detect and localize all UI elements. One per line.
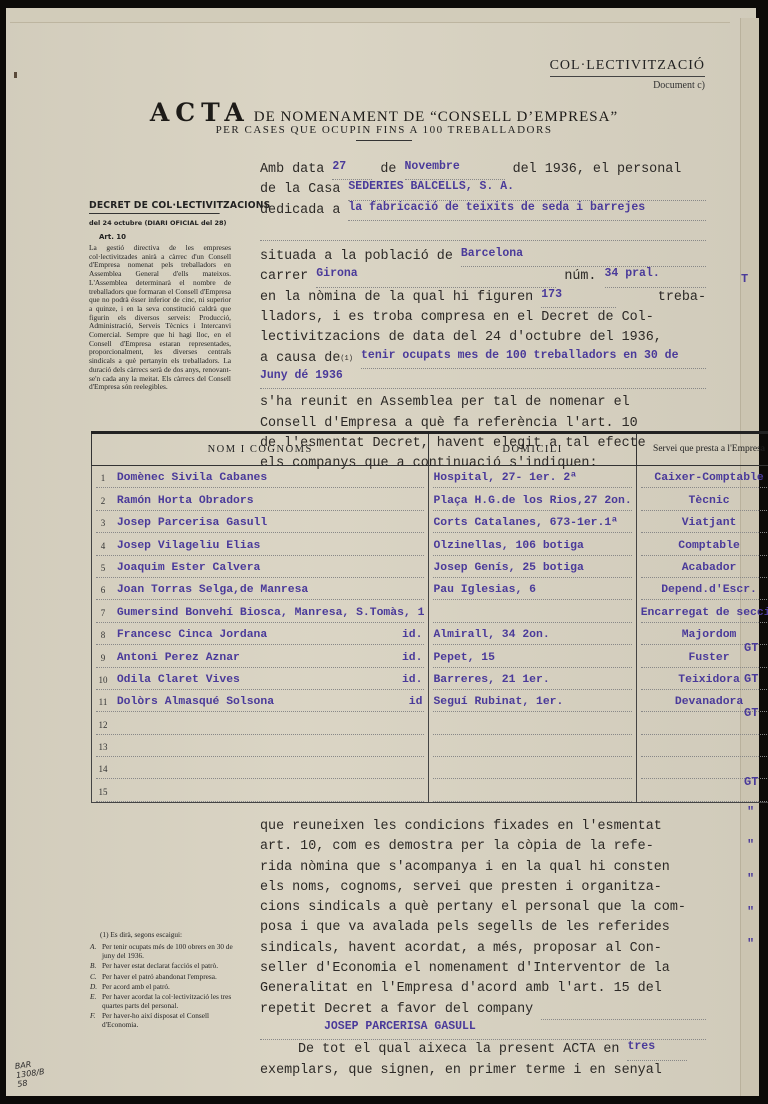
member-address [433,738,631,757]
divider [356,140,412,141]
text: s'ha reunit en Assemblea per tal de nome… [260,393,706,413]
council-members-table: NOM I COGNOMS DOMICILI Servei que presta… [91,431,768,803]
member-name: Ramón Horta Obradors [117,495,254,507]
service-cell[interactable]: Acabador [636,556,768,578]
title-acta: ACTA [150,98,250,127]
copies-field[interactable]: tres [627,1040,687,1060]
text: dedicada a [260,201,340,221]
member-name: Joan Torras Selga,de Manresa [117,584,308,596]
table-row: 2 Ramón Horta ObradorsPlaça H.G.de los R… [92,488,768,510]
member-address: Pepet, 15 [433,649,631,668]
text: situada a la població de [260,247,453,267]
member-name: Antoni Perez Aznar [117,652,240,664]
text: que reuneixen les condicions fixades en … [260,817,706,837]
address-cell[interactable]: Pau Iglesias, 6 [429,578,636,600]
address-cell[interactable] [429,735,636,757]
row-number: 2 [96,492,110,510]
name-cell[interactable]: 11 Dolòrs Almasqué Solsonaid [92,690,429,712]
service-cell[interactable]: Viatjant [636,511,768,533]
cause-field-continued[interactable]: Juny dé 1936 [260,369,706,389]
member-name: Dolòrs Almasqué Solsona [117,696,274,708]
footnote-text: Per acord amb el patró. [102,983,170,991]
service-cell[interactable]: Encarregat de secció [636,600,768,622]
decree-article: Art. 10 [99,233,231,241]
page-title: ACTA DE NOMENAMENT DE “CONSELL D’EMPRESA… [0,98,768,127]
blank-line [260,221,706,241]
row-number: 7 [96,604,110,622]
table-row: 12 [92,712,768,734]
decree-heading: DECRET DE COL·LECTIVITZACIONS [89,200,220,214]
margin-note: GT [744,775,758,789]
form-conclusion: que reuneixen les condicions fixades en … [260,817,706,1081]
member-service: Encarregat de secció [641,604,768,623]
name-cell[interactable]: 15 [92,779,429,802]
name-cell[interactable]: 1 Domènec Sivila Cabanes [92,466,429,489]
text: repetit Decret a favor del company [260,1000,533,1020]
text: seller d'Economia el nomenament d'Interv… [260,959,706,979]
member-address: Seguí Rubinat, 1er. [433,693,631,712]
member-address: Pau Iglesias, 6 [433,581,631,600]
margin-note: " [747,905,754,919]
footnotes: (1) Es dirà, segons escaigui: A.Per teni… [90,931,238,1031]
member-service: Depend.d'Escr. [641,581,768,600]
member-service: Acabador [641,559,768,578]
table-row: 1 Domènec Sivila CabanesHospital, 27- 1e… [92,466,768,489]
member-address: Corts Catalanes, 673-1er.1ª [433,514,631,533]
table-row: 5 Joaquim Ester CalveraJosep Genís, 25 b… [92,556,768,578]
name-cell[interactable]: 9 Antoni Perez Aznarid. [92,645,429,667]
footnote-key: B. [90,962,102,970]
service-cell[interactable] [636,735,768,757]
name-cell[interactable]: 14 [92,757,429,779]
margin-note: GT [744,706,758,720]
address-cell[interactable] [429,600,636,622]
table-row: 6 Joan Torras Selga,de ManresaPau Iglesi… [92,578,768,600]
name-cell[interactable]: 13 [92,735,429,757]
member-address: Olzinellas, 106 botiga [433,537,631,556]
member-address: Almirall, 34 2on. [433,626,631,645]
address-cell[interactable]: Olzinellas, 106 botiga [429,533,636,555]
margin-note: " [747,937,754,951]
footnote-ref: (1) [340,349,353,369]
name-cell[interactable]: 10 Odila Claret Vivesid. [92,668,429,690]
member-address: Josep Genís, 25 botiga [433,559,631,578]
name-cell[interactable]: 12 [92,712,429,734]
collection-label: COL·LECTIVITZACIÓ [550,58,705,77]
address-cell[interactable]: Seguí Rubinat, 1er. [429,690,636,712]
footnote-key: E. [90,993,102,1010]
row-number: 1 [96,469,110,487]
address-cell[interactable]: Hospital, 27- 1er. 2ª [429,466,636,489]
date-day-field[interactable]: 27 [332,160,372,180]
idem-mark: id. [402,626,423,644]
service-cell[interactable]: Comptable [636,533,768,555]
text: a causa de [260,349,340,369]
row-number: 11 [96,693,110,711]
service-cell[interactable]: Caixer-Comptable [636,466,768,489]
page-subtitle: PER CASES QUE OCUPIN FINS A 100 TREBALLA… [0,124,768,136]
address-cell[interactable] [429,779,636,802]
text: de la Casa [260,180,340,200]
name-cell[interactable]: 6 Joan Torras Selga,de Manresa [92,578,429,600]
member-name: Josep Vilageliu Elias [117,540,261,552]
member-address [433,783,631,802]
text: De tot el qual aixeca la present ACTA en [260,1040,619,1060]
table-row: 13 [92,735,768,757]
member-name: Domènec Sivila Cabanes [117,472,267,484]
company-field[interactable]: SEDERIES BALCELLS, S. A. [348,180,706,200]
address-cell[interactable]: Pepet, 15 [429,645,636,667]
table-row: 15 [92,779,768,802]
member-name: Joaquim Ester Calvera [117,562,261,574]
decree-text: La gestió directiva de les empreses col·… [89,244,231,392]
town-field[interactable]: Barcelona [461,247,706,267]
text: en la nòmina de la qual hi figuren [260,288,533,308]
blank-field [541,1000,706,1020]
footnote-key: F. [90,1012,102,1029]
table-row: 7 Gumersind Bonvehí Biosca, Manresa, S.T… [92,600,768,622]
service-cell[interactable]: Tècnic [636,488,768,510]
member-service: Caixer-Comptable [641,469,768,488]
margin-note: " [747,872,754,886]
footnote-text: Per haver el patró abandonat l'empresa. [102,973,217,981]
text: posa i que va avalada pels segells de le… [260,918,706,938]
member-address [433,604,631,623]
address-cell[interactable]: Almirall, 34 2on. [429,623,636,645]
title-rest: DE NOMENAMENT DE “CONSELL D’EMPRESA” [254,109,618,125]
name-cell[interactable]: 4 Josep Vilageliu Elias [92,533,429,555]
archive-reference: BAR 1308/B 58 [14,1058,46,1089]
text: rida nòmina que s'acompanya i en la qual… [260,858,706,878]
table-row: 4 Josep Vilageliu EliasOlzinellas, 106 b… [92,533,768,555]
row-number: 8 [96,626,110,644]
name-cell[interactable]: 7 Gumersind Bonvehí Biosca, Manresa, S.T… [92,600,429,622]
text: núm. [564,267,596,287]
table-row: 8 Francesc Cinca Jordanaid.Almirall, 34 … [92,623,768,645]
row-number: 14 [96,760,110,778]
address-cell[interactable] [429,757,636,779]
idem-mark: id. [402,649,423,667]
date-month-field[interactable]: Novembre [405,160,505,180]
page-fold [10,8,730,23]
member-name: Odila Claret Vives [117,674,240,686]
member-service: Tècnic [641,492,768,511]
text: sindicals, havent acordat, a més, propos… [260,939,706,959]
row-number: 9 [96,649,110,667]
margin-note: GT [744,641,758,655]
footnote-heading: (1) Es dirà, segons escaigui: [100,931,238,939]
footnote-key: A. [90,943,102,960]
member-address [433,760,631,779]
address-cell[interactable]: Barreres, 21 1er. [429,668,636,690]
text: exemplars, que signen, en primer terme i… [260,1061,706,1081]
row-number: 6 [96,581,110,599]
text: Generalitat en l'Empresa d'acord amb l'a… [260,979,706,999]
footnote-key: D. [90,983,102,991]
name-cell[interactable]: 8 Francesc Cinca Jordanaid. [92,623,429,645]
row-number: 12 [96,716,110,734]
table-row: 3 Josep Parcerisa GasullCorts Catalanes,… [92,511,768,533]
row-number: 10 [96,671,110,689]
member-address [433,716,631,735]
text: treba- [658,288,706,308]
margin-note: GT [744,672,758,686]
street-field[interactable]: Girona [316,267,556,287]
name-cell[interactable]: 3 Josep Parcerisa Gasull [92,511,429,533]
row-number: 3 [96,514,110,532]
name-cell[interactable]: 5 Joaquim Ester Calvera [92,556,429,578]
header-service: Servei que presta a l'Empresa [636,433,768,466]
address-cell[interactable]: Corts Catalanes, 673-1er.1ª [429,511,636,533]
text: de [380,160,396,180]
decree-date: del 24 octubre (DIARI OFICIAL del 28) [89,219,231,227]
text: Amb data [260,160,324,180]
text: art. 10, com es demostra per la còpia de… [260,837,706,857]
footnote-item: A.Per tenir ocupats més de 100 obrers en… [90,943,238,960]
member-service: Comptable [641,537,768,556]
footnote-item: F.Per haver-ho així disposat el Consell … [90,1012,238,1029]
table-row: 9 Antoni Perez Aznarid.Pepet, 15FusterU.… [92,645,768,667]
member-name: Gumersind Bonvehí Biosca, Manresa, S.Tom… [117,607,425,619]
address-cell[interactable]: Josep Genís, 25 botiga [429,556,636,578]
footnote-text: Per haver estat declarat facciós el patr… [102,962,218,970]
footnote-text: Per haver acordat la col·lectivització l… [102,993,238,1010]
table-row: 14 [92,757,768,779]
footnote-item: E.Per haver acordat la col·lectivització… [90,993,238,1010]
street-number-field[interactable]: 34 pral. [605,267,706,287]
text: lladors, i es troba compresa en el Decre… [260,308,706,328]
address-cell[interactable] [429,712,636,734]
member-service [641,738,768,757]
member-name: Francesc Cinca Jordana [117,629,267,641]
member-address: Plaça H.G.de los Rios,27 2on. [433,492,631,511]
decree-sidebar: DECRET DE COL·LECTIVITZACIONS del 24 oct… [89,200,231,392]
margin-mark [14,72,17,78]
margin-note: T [741,272,748,286]
table-row: 11 Dolòrs Almasqué SolsonaidSeguí Rubina… [92,690,768,712]
idem-mark: id [409,693,423,711]
footnote-item: C.Per haver el patró abandonat l'empresa… [90,973,238,981]
idem-mark: id. [402,671,423,689]
text: cions sindicals a què pertany el persona… [260,898,706,918]
form-intro: Amb data 27 de Novembre del 1936, el per… [260,160,706,474]
row-number: 4 [96,537,110,555]
document-label: Document c) [550,80,705,91]
margin-note: " [747,805,754,819]
row-number: 13 [96,738,110,756]
cause-field[interactable]: tenir ocupats mes de 100 treballadors en… [361,349,706,369]
footnote-key: C. [90,973,102,981]
collection-header: COL·LECTIVITZACIÓ Document c) [550,58,705,91]
header-name: NOM I COGNOMS [92,433,429,466]
footnote-item: D.Per acord amb el patró. [90,983,238,991]
table-row: 10 Odila Claret Vivesid.Barreres, 21 1er… [92,668,768,690]
margin-note: " [747,838,754,852]
member-service: Viatjant [641,514,768,533]
appointee-field[interactable]: JOSEP PARCERISA GASULL [260,1020,706,1040]
text: del 1936, el personal [513,160,682,180]
header-address: DOMICILI [429,433,636,466]
activity-field[interactable]: la fabricació de teixits de seda i barre… [348,201,706,221]
text: lectivitzacions de data del 24 d'octubre… [260,328,706,348]
row-number: 15 [96,783,110,801]
workers-count-field[interactable]: 173 [541,288,616,308]
member-address: Hospital, 27- 1er. 2ª [433,469,631,488]
member-name: Josep Parcerisa Gasull [117,517,267,529]
footnote-text: Per tenir ocupats més de 100 obrers en 3… [102,943,238,960]
text: els noms, cognoms, servei que presten i … [260,878,706,898]
address-cell[interactable]: Plaça H.G.de los Rios,27 2on. [429,488,636,510]
text: carrer [260,267,308,287]
row-number: 5 [96,559,110,577]
footnote-item: B.Per haver estat declarat facciós el pa… [90,962,238,970]
name-cell[interactable]: 2 Ramón Horta Obradors [92,488,429,510]
footnote-text: Per haver-ho així disposat el Consell d'… [102,1012,238,1029]
service-cell[interactable]: Depend.d'Escr. [636,578,768,600]
member-address: Barreres, 21 1er. [433,671,631,690]
